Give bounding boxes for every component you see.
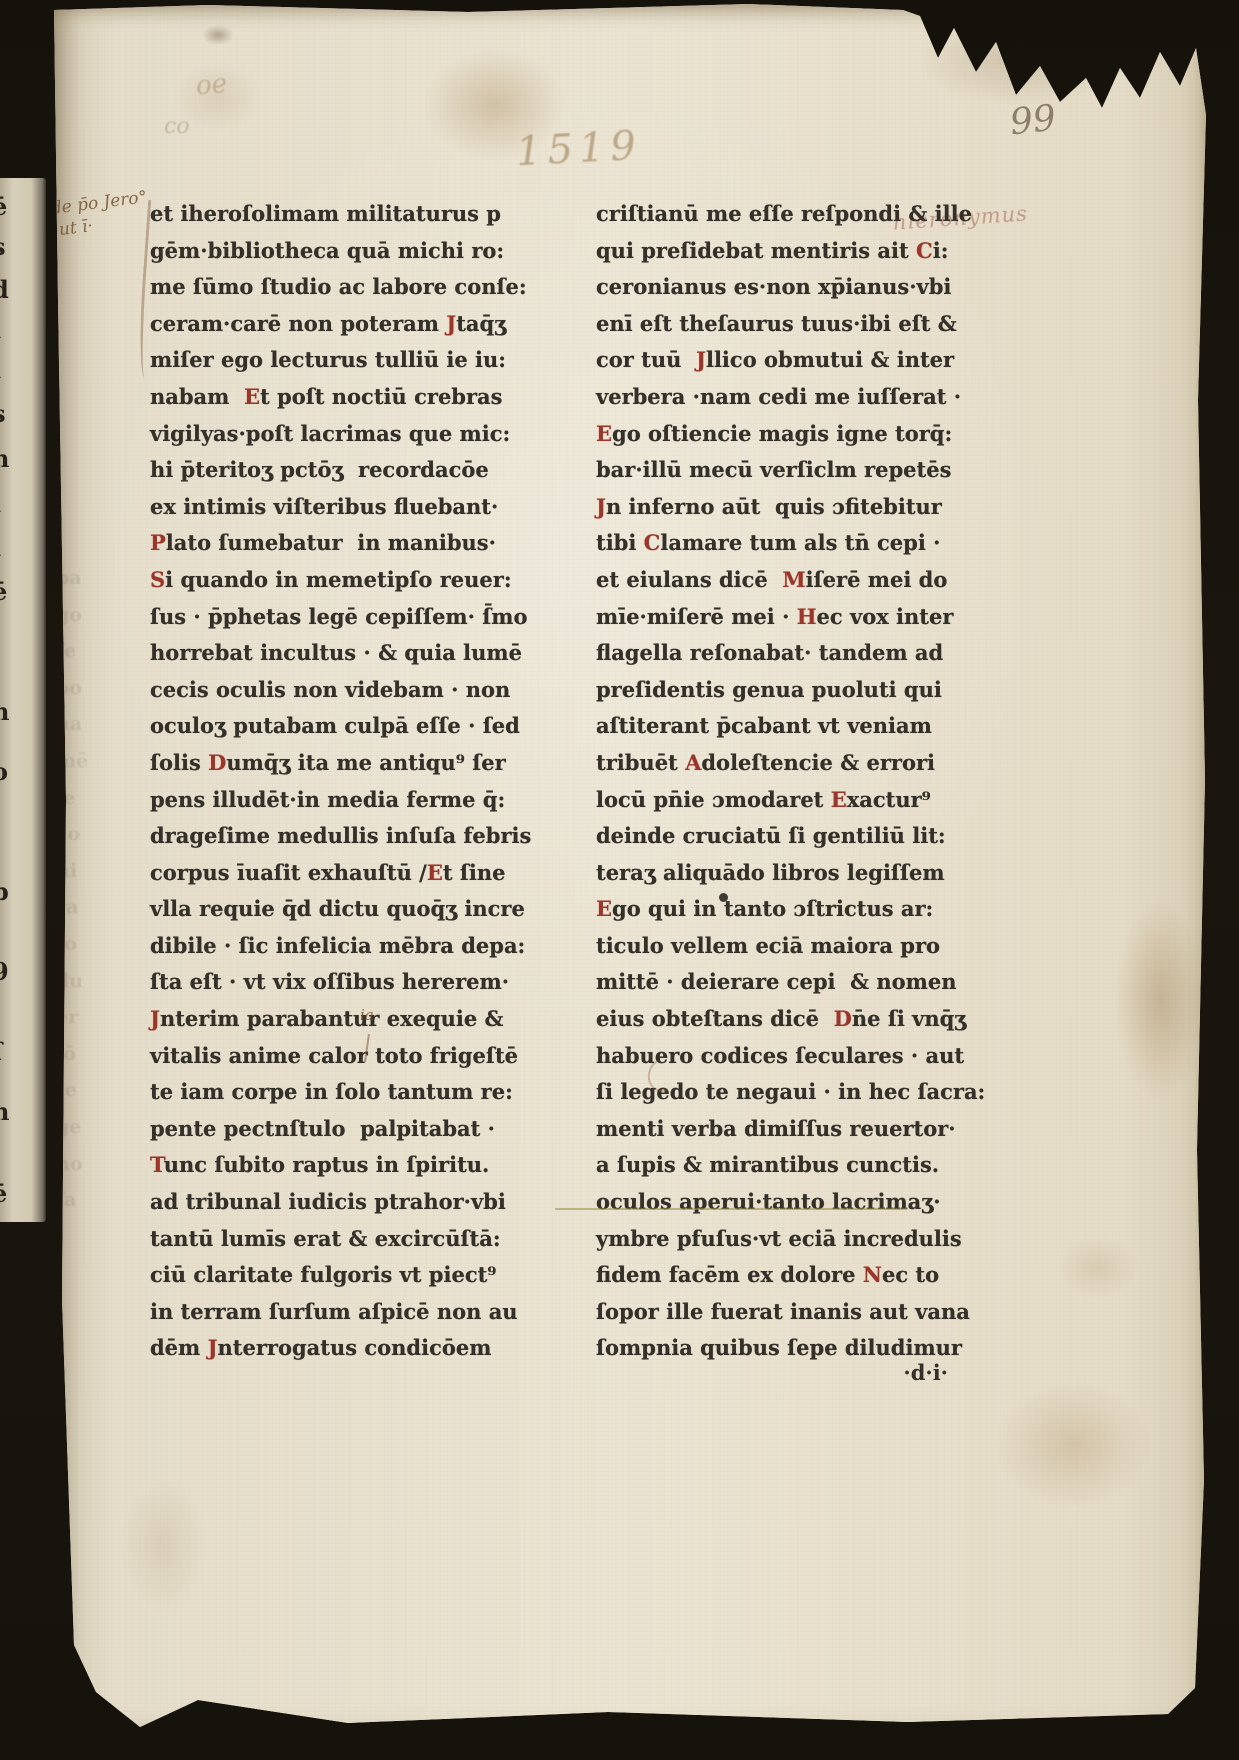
text-line: horrebat incultus · & quia lumē [150,635,502,672]
left-margin-annotation-line1: de p̄o Jero° [50,187,148,219]
text-line: ex intimis viſteribus fluebant· [150,489,502,526]
manuscript-page: ba go ſe po ua mē le co ni ra ſo du er i… [48,0,1216,1752]
text-line: bar·illū mecū verſiclm repetēs [596,452,952,489]
text-line: ymbre pfuſus·vt eciā incredulis [596,1221,952,1258]
rubricated-initial: E [244,384,260,409]
text-column-left: et iheroſolimam militaturus pgēm·bibliot… [150,196,502,1367]
rubricated-initial: J [208,1335,218,1360]
text-line: enī eſt theſaurus tuus·ibi eſt & [596,306,952,343]
text-line: nabam Et poſt noctiū crebras [150,379,502,416]
rubricated-initial: M [782,567,805,592]
text-line: tibi Clamare tum als tn̄ cepi · [596,525,952,562]
text-line: et eiulans dicē Miſerē mei do [596,562,952,599]
text-line: et iheroſolimam militaturus p [150,196,502,233]
left-margin-annotation: de p̄o Jero° ut ī· [50,186,151,241]
facing-page-letter-fragment: l [0,358,1,382]
rubricated-initial: P [150,530,166,555]
text-line: in terram ſurſum aſpicē non au [150,1294,502,1331]
text-line: ſopor ille fuerat inanis aut vana [596,1294,952,1331]
text-line: Jn inferno aūt quis ɔfitebitur [596,489,952,526]
facing-page-letter-fragment: n [0,447,9,471]
text-line: eius obteſtans dicē Dn̄e ſi vnq̄ʒ [596,1001,952,1038]
text-line: Ego oſtiencie magis igne torq̄: [596,416,952,453]
text-line: tribuēt Adoleſtencie & errori [596,745,952,782]
rubricated-initial: N [863,1262,882,1287]
text-line: ceronianus es·non xp̄ianus·vbi [596,269,952,306]
facing-page-letter-fragment: b [0,880,9,904]
text-line: verbera ·nam cedi me iuſſerat · [596,379,952,416]
text-line: cor tuū Jllico obmutui & inter [596,342,952,379]
faded-scribble: co [164,114,190,139]
stain [968,1360,1178,1530]
manuscript-photo: ēsdllsniīēnob9ſnē ba go ſe po ua mē le c… [0,0,1239,1760]
rubricated-initial: E [596,896,612,921]
quire-signature-mark: ·d·i· [596,1360,954,1385]
text-line: me ſūmo ſtudio ac labore conſe: [150,269,502,306]
rubricated-initial: T [150,1152,164,1177]
text-line: vigilyas·poſt lacrimas que mic: [150,416,502,453]
text-column-right: criſtianū me eſſe reſpondi & illequi pre… [596,196,952,1367]
facing-page-letter-fragment: n [0,700,9,724]
text-line: mittē · deierare cepi & nomen [596,964,952,1001]
rubricated-initial: S [150,567,165,592]
facing-page-letter-fragment: ē [0,1182,7,1206]
text-line: teraʒ aliquādo libros legiſſem [596,855,952,892]
stain [1096,860,1226,1140]
text-line: criſtianū me eſſe reſpondi & ille [596,196,952,233]
facing-page-letter-fragment: 9 [0,960,9,984]
text-line: hi p̄teritoʒ pctōʒ recordacōe [150,452,502,489]
faded-scribble: oe [195,69,229,102]
text-line: fidem facēm ex dolore Nec to [596,1257,952,1294]
rubricated-initial: E [831,787,847,812]
text-line: pens illudēt·in media ferme q̄: [150,782,502,819]
text-line: dēm Jnterrogatus condicōem [150,1330,502,1367]
facing-page-letter-fragment: d [0,278,9,302]
text-line: Si quando in memetipſo reuer: [150,562,502,599]
text-line: mīe·miſerē mei · Hec vox inter [596,599,952,636]
text-line: pente pectnſtulo palpitabat · [150,1111,502,1148]
ink-blot [719,893,728,902]
text-line: tantū lumīs erat & excircūſtā: [150,1221,502,1258]
text-line: oculos aperui·tanto lacrimaʒ· [596,1184,952,1221]
rubricated-initial: E [596,421,612,446]
text-line: aſtiterant p̄cabant vt veniam [596,708,952,745]
facing-page-letter-fragment: s [0,235,6,259]
facing-page-letter-fragment: l [0,318,1,342]
text-line: vitalis anime calor toto frigeſtē [150,1038,502,1075]
text-line: cecis oculis non videbam · non [150,672,502,709]
text-line: ſolis Dumq̄ʒ ita me antiqu⁹ ſer [150,745,502,782]
facing-page-letter-fragment: i [0,492,1,516]
facing-page-edge: ēsdllsniīēnob9ſnē [0,178,46,1222]
text-line: menti verba dimiſſus reuertor· [596,1111,952,1148]
rubricated-initial: C [644,530,661,555]
rubricated-initial: J [596,494,606,519]
top-handwritten-annotation: 1519 [515,123,643,176]
rubricated-initial: A [685,750,701,775]
rubricated-initial: H [797,604,817,629]
facing-page-letter-fragment: ē [0,195,7,219]
text-line: ſta eſt · vt vix oſſibus hererem· [150,964,502,1001]
facing-page-letter-fragment: o [0,760,8,784]
stain [1043,1225,1153,1310]
text-line: ceram·carē non poteram Jtaq̄ʒ [150,306,502,343]
rubricated-initial: J [696,347,706,372]
facing-page-letter-fragment: s [0,402,6,426]
text-line: locū pn̄ie ɔmodaret Exactur⁹ [596,782,952,819]
facing-page-letter-fragment: ē [0,580,7,604]
text-line: miſer ego lecturus tulliū ie iu: [150,342,502,379]
rubricated-initial: J [446,311,456,336]
rubricated-initial: D [834,1006,852,1031]
text-line: dibile · ſic infelicia mēbra depa: [150,928,502,965]
folio-number: 99 [1008,98,1058,144]
left-margin-annotation-line2: ut ī· [52,216,94,241]
rubricated-initial: C [916,238,933,263]
facing-page-letter-fragment: ī [0,536,1,560]
text-line: vlla requie q̄d dictu quoq̄ʒ incre [150,891,502,928]
text-line: gēm·bibliotheca quā michi ro: [150,233,502,270]
text-line: ciū claritate fulgoris vt piect⁹ [150,1257,502,1294]
text-line: corpus īuaſit exhauſtū /Et ſine [150,855,502,892]
text-line: a ſupis & mirantibus cunctis. [596,1147,952,1184]
text-line: Tunc ſubito raptus in ſpiritu. [150,1147,502,1184]
text-line: preſidentis genua puoluti qui [596,672,952,709]
text-line: Ego qui in tanto ɔſtrictus ar: [596,891,952,928]
text-line: deinde cruciatū ſi gentiliū lit: [596,818,952,855]
text-line: Plato ſumebatur in manibus· [150,525,502,562]
text-line: qui preſidebat mentiris ait Ci: [596,233,952,270]
rubricated-initial: E [427,860,443,885]
stain [198,22,238,48]
text-line: Jnterim parabantur exequie & [150,1001,502,1038]
text-line: ad tribunal iudicis ptrahor·vbi [150,1184,502,1221]
text-line: oculoʒ putabam culpā eſſe · ſed [150,708,502,745]
text-line: flagella reſonabat· tandem ad [596,635,952,672]
stain [103,1450,223,1640]
text-line: ſus · p̄phetas legē cepiſſem· ſ̄mo [150,599,502,636]
text-line: drageſime medullis inſuſa febris [150,818,502,855]
rubricated-initial: J [150,1006,160,1031]
text-line: te iam corpe in ſolo tantum re: [150,1074,502,1111]
interlinear-annotation: ia [360,1006,374,1024]
photo-backdrop: { "document": { "type_label": "incunabul… [0,0,1239,1760]
underline-annotation [555,1208,907,1210]
facing-page-letter-fragment: n [0,1100,9,1124]
bleed-through-text: ba go ſe po ua mē le co ni ra ſo du er i… [56,560,144,1220]
facing-page-letter-fragment: ſ [0,1040,2,1064]
text-line: ticulo vellem eciā maiora pro [596,928,952,965]
rubricated-initial: D [208,750,226,775]
